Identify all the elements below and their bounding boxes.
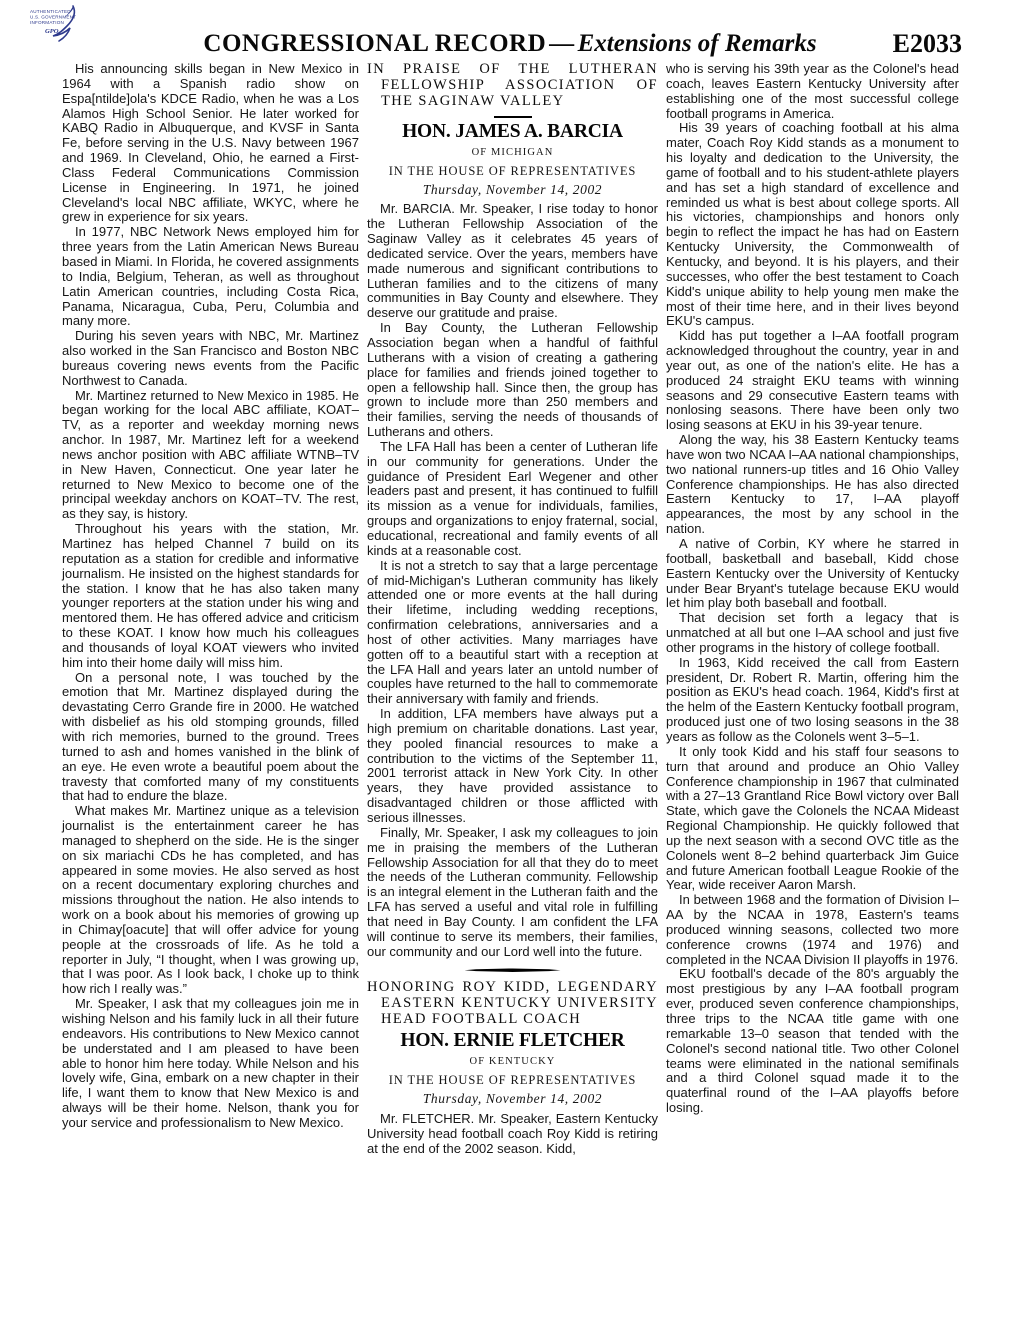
masthead-title: CONGRESSIONAL RECORD <box>203 30 546 57</box>
paragraph: It only took Kidd and his staff four sea… <box>666 745 959 893</box>
gpo-seal-line2: U.S. GOVERNMENT <box>30 15 76 20</box>
page: { "header": { "title_main": "CONGRESSION… <box>0 0 1020 1320</box>
paragraph: Mr. Martinez returned to New Mexico in 1… <box>62 389 359 523</box>
paragraph: Mr. FLETCHER. Mr. Speaker, Eastern Kentu… <box>367 1112 658 1157</box>
member-chamber: IN THE HOUSE OF REPRESENTATIVES <box>367 1073 658 1088</box>
article-date: Thursday, November 14, 2002 <box>367 1092 658 1107</box>
paragraph: In 1977, NBC Network News employed him f… <box>62 225 359 329</box>
paragraph: In between 1968 and the formation of Div… <box>666 893 959 967</box>
column-3: who is serving his 39th year as the Colo… <box>666 62 959 1116</box>
article-heading: HONORING ROY KIDD, LEGENDARY EASTERN KEN… <box>367 980 658 1027</box>
paragraph: Mr. BARCIA. Mr. Speaker, I rise today to… <box>367 202 658 321</box>
paragraph: The LFA Hall has been a center of Luther… <box>367 440 658 559</box>
paragraph: It is not a stretch to say that a large … <box>367 559 658 707</box>
article-date: Thursday, November 14, 2002 <box>367 183 658 198</box>
member-name: HON. ERNIE FLETCHER <box>367 1030 658 1051</box>
paragraph: who is serving his 39th year as the Colo… <box>666 62 959 121</box>
paragraph: In 1963, Kidd received the call from Eas… <box>666 656 959 745</box>
paragraph: Mr. Speaker, I ask that my colleagues jo… <box>62 997 359 1131</box>
paragraph: In addition, LFA members have always put… <box>367 707 658 826</box>
column-1: His announcing skills began in New Mexic… <box>62 62 359 1131</box>
paragraph: That decision set forth a legacy that is… <box>666 611 959 656</box>
paragraph: Finally, Mr. Speaker, I ask my colleague… <box>367 826 658 960</box>
paragraph: Along the way, his 38 Eastern Kentucky t… <box>666 433 959 537</box>
gpo-seal-line1: AUTHENTICATED <box>30 9 71 14</box>
paragraph: Throughout his years with the station, M… <box>62 522 359 670</box>
paragraph: In Bay County, the Lutheran Fellowship A… <box>367 321 658 440</box>
article-heading: IN PRAISE OF THE LUTHERAN FELLOWSHIP ASS… <box>367 62 658 109</box>
paragraph: On a personal note, I was touched by the… <box>62 671 359 805</box>
masthead-dash: — <box>549 30 575 57</box>
paragraph: EKU football's decade of the 80's arguab… <box>666 967 959 1115</box>
article-divider <box>465 968 561 972</box>
page-number: E2033 <box>893 29 962 59</box>
member-chamber: IN THE HOUSE OF REPRESENTATIVES <box>367 164 658 179</box>
heading-rule <box>494 116 532 118</box>
paragraph: During his seven years with NBC, Mr. Mar… <box>62 329 359 388</box>
member-state: OF KENTUCKY <box>367 1055 658 1070</box>
paragraph: Kidd has put together a I–AA footfall pr… <box>666 329 959 433</box>
masthead: CONGRESSIONAL RECORD—Extensions of Remar… <box>60 30 960 58</box>
paragraph: His announcing skills began in New Mexic… <box>62 62 359 225</box>
paragraph: What makes Mr. Martinez unique as a tele… <box>62 804 359 997</box>
member-state: OF MICHIGAN <box>367 146 658 161</box>
paragraph: A native of Corbin, KY where he starred … <box>666 537 959 611</box>
masthead-subtitle: Extensions of Remarks <box>578 30 817 57</box>
member-name: HON. JAMES A. BARCIA <box>367 121 658 142</box>
paragraph: His 39 years of coaching football at his… <box>666 121 959 329</box>
column-2: IN PRAISE OF THE LUTHERAN FELLOWSHIP ASS… <box>367 62 658 1156</box>
gpo-seal-line3: INFORMATION <box>30 20 64 25</box>
